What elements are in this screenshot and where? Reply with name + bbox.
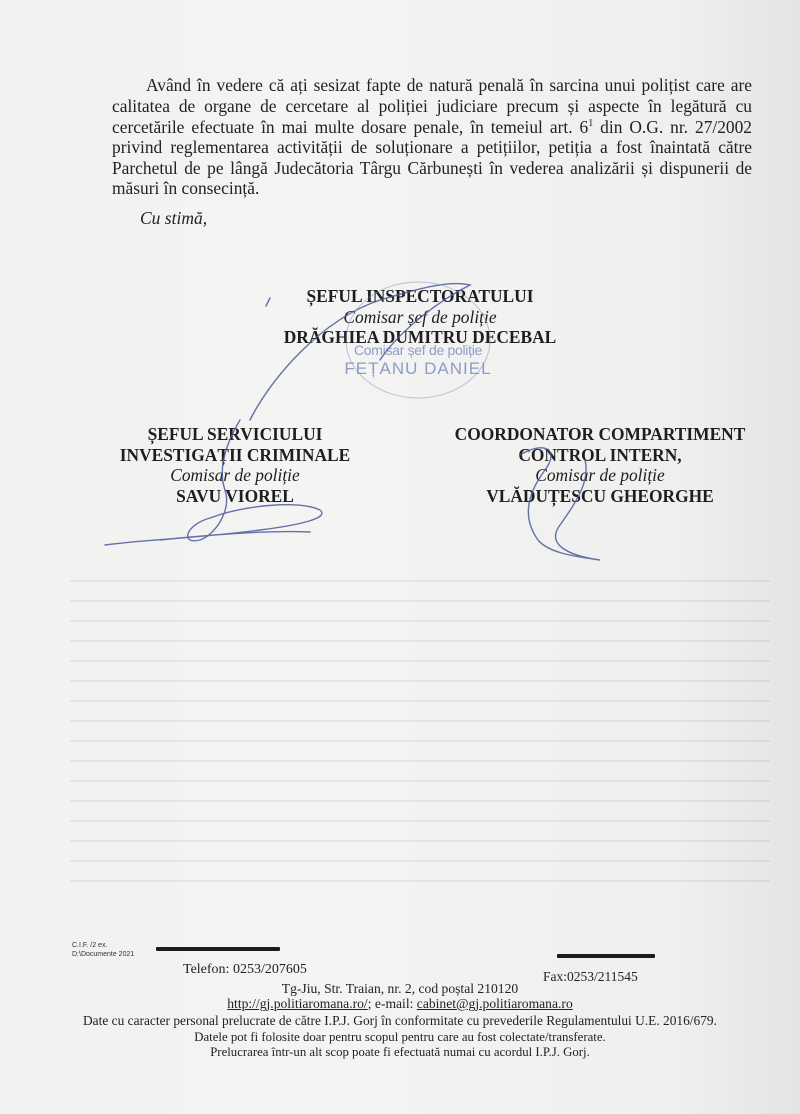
chief-name: DRĂGHIEA DUMITRU DECEBAL — [200, 327, 640, 348]
footer-rule-right — [557, 954, 655, 958]
investigations-title-1: ȘEFUL SERVICIULUI — [80, 424, 390, 445]
signature-block-internal-control: COORDONATOR COMPARTIMENT CONTROL INTERN,… — [400, 424, 800, 506]
signature-block-investigations: ȘEFUL SERVICIULUI INVESTIGAȚII CRIMINALE… — [80, 424, 390, 506]
investigations-name: SAVU VIOREL — [80, 486, 390, 507]
chief-title: ȘEFUL INSPECTORATULUI — [200, 286, 640, 307]
control-title-2: CONTROL INTERN, — [400, 445, 800, 466]
gdpr-notice-2: Datele pot fi folosite doar pentru scopu… — [0, 1030, 800, 1045]
website-link[interactable]: http://gj.politiaromana.ro/ — [227, 996, 367, 1011]
stamp-name: FEȚANU DANIEL — [318, 359, 518, 379]
email-link[interactable]: cabinet@gj.politiaromana.ro — [417, 996, 573, 1011]
footer-phone: Telefon: 0253/207605 — [183, 962, 307, 978]
gdpr-notice-1: Date cu caracter personal prelucrate de … — [0, 1013, 800, 1029]
control-name: VLĂDUȚESCU GHEORGHE — [400, 486, 800, 507]
bleed-through-text — [70, 570, 770, 900]
footer-address: Tg-Jiu, Str. Traian, nr. 2, cod poștal 2… — [0, 981, 800, 997]
meta-copies: C.I.F. /2 ex. — [72, 942, 134, 951]
investigations-title-2: INVESTIGAȚII CRIMINALE — [80, 445, 390, 466]
signature-block-chief: ȘEFUL INSPECTORATULUI Comisar șef de pol… — [200, 286, 640, 348]
investigations-rank: Comisar de poliție — [80, 465, 390, 486]
footer-rule-left — [156, 947, 280, 951]
control-title-1: COORDONATOR COMPARTIMENT — [400, 424, 800, 445]
footer-contact: http://gj.politiaromana.ro/; e-mail: cab… — [0, 996, 800, 1012]
letter-page: Având în vedere că ați sesizat fapte de … — [0, 0, 800, 1114]
gdpr-notice-3: Prelucrarea într-un alt scop poate fi ef… — [0, 1045, 800, 1060]
document-meta: C.I.F. /2 ex. D:\Documente 2021 — [72, 942, 134, 959]
control-rank: Comisar de poliție — [400, 465, 800, 486]
chief-rank: Comisar șef de poliție — [200, 307, 640, 328]
meta-path: D:\Documente 2021 — [72, 951, 134, 960]
closing-salutation: Cu stimă, — [140, 208, 207, 229]
letter-body: Având în vedere că ați sesizat fapte de … — [112, 75, 752, 199]
official-stamp: Comisar șef de poliție FEȚANU DANIEL — [318, 342, 518, 379]
email-label: ; e-mail: — [368, 996, 417, 1011]
